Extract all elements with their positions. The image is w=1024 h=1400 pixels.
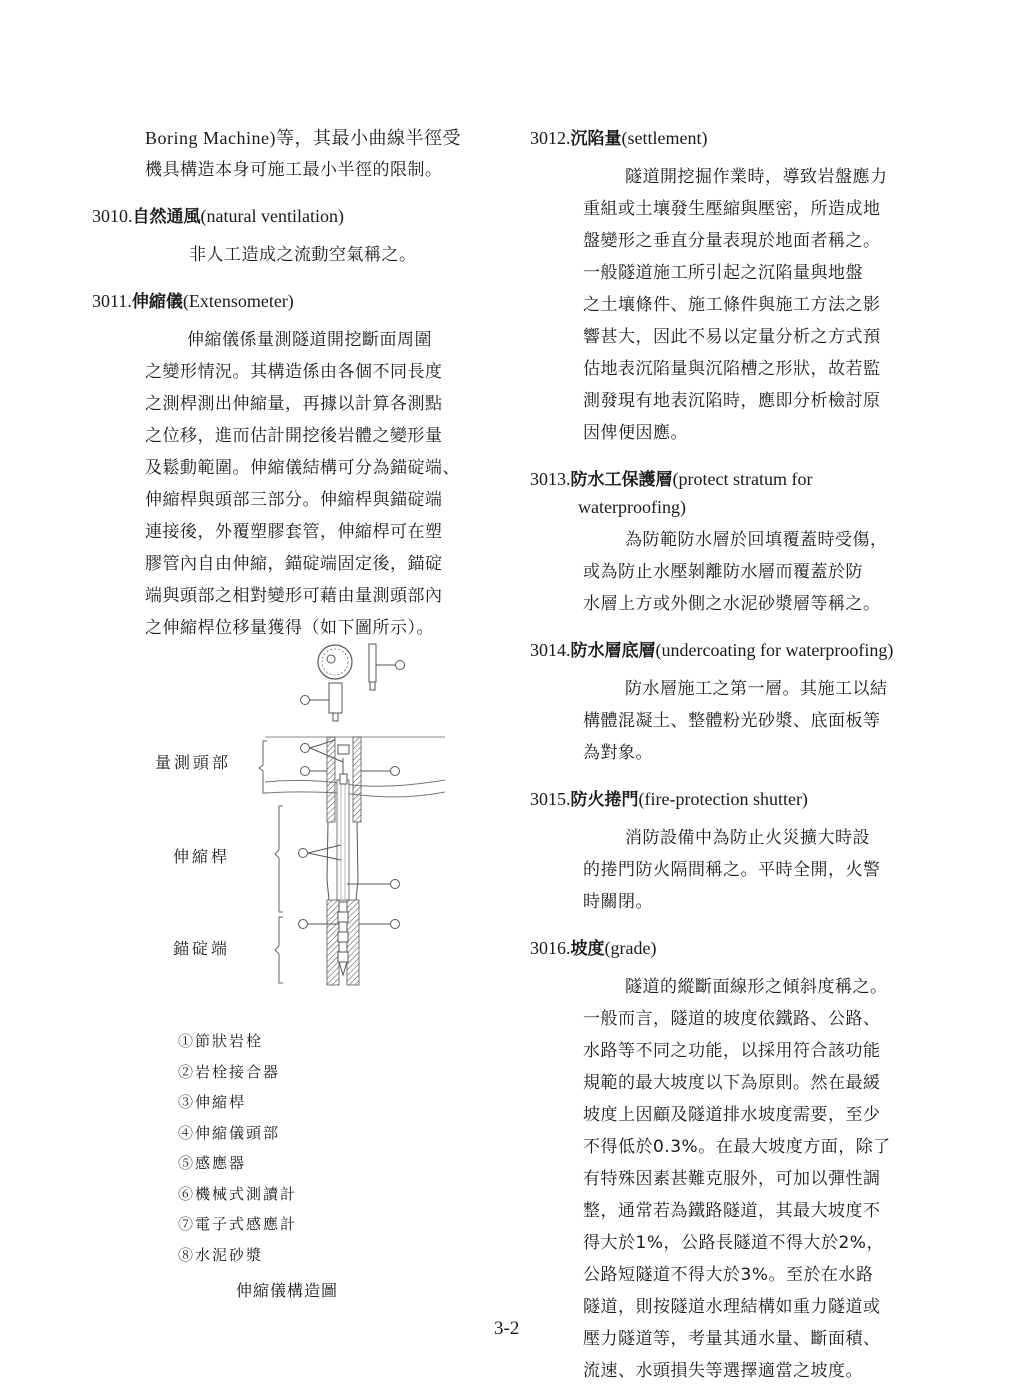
body-line: 隧道，則按隧道水理結構如重力隧道或 (583, 1291, 950, 1323)
body-line: 的捲門防火隔間稱之。平時全開，火警 (583, 854, 950, 886)
entry-body-3013: 為防範防水層於回填覆蓋時受傷， 或為防止水壓剝離防水層而覆蓋於防 水層上方或外側… (530, 524, 950, 620)
entry-body-3011: 伸縮儀係量測隧道開挖斷面周圍 之變形情況。其構造係由各個不同長度 之測桿測出伸縮… (92, 324, 512, 644)
entry-body-3014: 防水層施工之第一層。其施工以結 構體混凝土、整體粉光砂漿、底面板等 為對象。 (530, 673, 950, 769)
left-column: Boring Machine)等，其最小曲線半徑受 機具構造本身可施工最小半徑的… (92, 122, 512, 644)
entry-term-en: (fire-protection shutter) (639, 789, 808, 809)
page-number: 3-2 (494, 1318, 519, 1340)
entry-body-3016: 隧道的縱斷面線形之傾斜度稱之。 一般而言，隧道的坡度依鐵路、公路、 水路等不同之… (530, 971, 950, 1387)
body-line: 一般隧道施工所引起之沉陷量與地盤 (583, 257, 950, 289)
body-line: 連接後，外覆塑膠套管，伸縮桿可在塑 (145, 516, 512, 548)
body-line: 規範的最大坡度以下為原則。然在最緩 (583, 1067, 950, 1099)
body-line: 響甚大，因此不易以定量分析之方式預 (583, 321, 950, 353)
entry-term-zh: 防水工保護層 (571, 470, 673, 490)
body-line: 公路短隧道不得大於3%。至於在水路 (583, 1259, 950, 1291)
legend-item: ⑦電子式感應計 (178, 1209, 297, 1240)
label-extension-rod: 伸縮桿 (173, 844, 230, 867)
entry-term-zh: 坡度 (571, 939, 605, 959)
entry-term-zh: 防火捲門 (571, 790, 639, 810)
entry-term-en: (undercoating for waterproofing) (656, 640, 894, 660)
entry-heading-3016: 3016.坡度(grade) (530, 932, 950, 965)
right-column: 3012.沉陷量(settlement) 隧道開挖掘作業時，導致岩盤應力 重組或… (530, 122, 950, 1387)
figure-legend: ①節狀岩栓 ②岩栓接合器 ③伸縮桿 ④伸縮儀頭部 ⑤感應器 ⑥機械式測讀計 ⑦電… (178, 1026, 297, 1270)
entry-number: 3012. (530, 128, 571, 148)
legend-item: ④伸縮儀頭部 (178, 1118, 297, 1149)
entry-term-en-continued: waterproofing) (530, 496, 950, 518)
legend-item: ⑧水泥砂漿 (178, 1240, 297, 1271)
extensometer-drawing (145, 640, 445, 1020)
body-line: 構體混凝土、整體粉光砂漿、底面板等 (583, 705, 950, 737)
label-anchor-end: 錨碇端 (173, 936, 230, 959)
body-line: 得大於1%，公路長隧道不得大於2%， (583, 1227, 950, 1259)
entry-term-en: (Extensometer) (183, 291, 294, 311)
body-line: 膠管內自由伸縮，錨碇端固定後，錨碇 (145, 548, 512, 580)
legend-item: ②岩栓接合器 (178, 1057, 297, 1088)
body-line: 之位移，進而估計開挖後岩體之變形量 (145, 420, 512, 452)
body-line: 之測桿測出伸縮量，再據以計算各測點 (145, 388, 512, 420)
legend-item: ⑥機械式測讀計 (178, 1179, 297, 1210)
entry-number: 3013. (530, 469, 571, 489)
body-line: 及鬆動範圍。伸縮儀結構可分為錨碇端、 (145, 452, 512, 484)
entry-number: 3016. (530, 938, 571, 958)
body-line: 伸縮儀係量測隧道開挖斷面周圍 (145, 324, 512, 356)
body-line: 測發現有地表沉陷時，應即分析檢討原 (583, 385, 950, 417)
body-line: 端與頭部之相對變形可藉由量測頭部內 (145, 580, 512, 612)
entry-number: 3015. (530, 789, 571, 809)
extensometer-diagram: 量測頭部 伸縮桿 錨碇端 (145, 640, 445, 1020)
body-line: 壓力隧道等，考量其通水量、斷面積、 (583, 1323, 950, 1355)
body-line: 不得低於0.3%。在最大坡度方面，除了 (583, 1131, 950, 1163)
body-line: 隧道的縱斷面線形之傾斜度稱之。 (583, 971, 950, 1003)
entry-heading-3011: 3011.伸縮儀(Extensometer) (92, 285, 512, 318)
entry-heading-3013: 3013.防水工保護層(protect stratum for waterpro… (530, 463, 950, 518)
body-line: 之土壤條件、施工條件與施工方法之影 (583, 289, 950, 321)
entry-term-zh: 沉陷量 (571, 129, 622, 149)
entry-heading-3010: 3010.自然通風(natural ventilation) (92, 200, 512, 233)
entry-term-en: (grade) (605, 938, 657, 958)
label-measuring-head: 量測頭部 (155, 750, 231, 773)
entry-term-zh: 伸縮儀 (132, 292, 183, 312)
body-line: 盤變形之垂直分量表現於地面者稱之。 (583, 225, 950, 257)
figure-caption: 伸縮儀構造圖 (236, 1278, 338, 1301)
entry-heading-3015: 3015.防火捲門(fire-protection shutter) (530, 783, 950, 816)
entry-number: 3014. (530, 640, 571, 660)
body-line: 伸縮桿與頭部三部分。伸縮桿與錨碇端 (145, 484, 512, 516)
body-line: 因俾便因應。 (583, 417, 950, 449)
continuation-line: 機具構造本身可施工最小半徑的限制。 (92, 154, 512, 186)
body-line: 隧道開挖掘作業時，導致岩盤應力 (583, 161, 950, 193)
body-line: 消防設備中為防止火災擴大時設 (583, 822, 950, 854)
body-line: 整，通常若為鐵路隧道，其最大坡度不 (583, 1195, 950, 1227)
document-page: Boring Machine)等，其最小曲線半徑受 機具構造本身可施工最小半徑的… (0, 0, 1024, 1400)
legend-item: ①節狀岩栓 (178, 1026, 297, 1057)
entry-term-zh: 自然通風 (133, 207, 201, 227)
entry-body-3012: 隧道開挖掘作業時，導致岩盤應力 重組或土壤發生壓縮與壓密，所造成地 盤變形之垂直… (530, 161, 950, 449)
body-line: 為防範防水層於回填覆蓋時受傷， (583, 524, 950, 556)
entry-body-3010: 非人工造成之流動空氣稱之。 (92, 239, 512, 271)
body-line: 重組或土壤發生壓縮與壓密，所造成地 (583, 193, 950, 225)
entry-heading-3012: 3012.沉陷量(settlement) (530, 122, 950, 155)
body-line: 為對象。 (583, 737, 950, 769)
body-line: 坡度上因顧及隧道排水坡度需要，至少 (583, 1099, 950, 1131)
entry-number: 3010. (92, 206, 133, 226)
body-line: 之變形情況。其構造係由各個不同長度 (145, 356, 512, 388)
body-line: 估地表沉陷量與沉陷槽之形狀，故若監 (583, 353, 950, 385)
entry-term-en: (natural ventilation) (201, 206, 344, 226)
legend-item: ⑤感應器 (178, 1148, 297, 1179)
legend-item: ③伸縮桿 (178, 1087, 297, 1118)
body-line: 流速、水頭損失等選擇適當之坡度。 (583, 1355, 950, 1387)
entry-number: 3011. (92, 291, 132, 311)
body-line: 或為防止水壓剝離防水層而覆蓋於防 (583, 556, 950, 588)
body-line: 有特殊因素甚難克服外，可加以彈性調 (583, 1163, 950, 1195)
body-line: 水路等不同之功能，以採用符合該功能 (583, 1035, 950, 1067)
entry-heading-3014: 3014.防水層底層(undercoating for waterproofin… (530, 634, 950, 667)
entry-body-3015: 消防設備中為防止火災擴大時設 的捲門防火隔間稱之。平時全開，火警 時關閉。 (530, 822, 950, 918)
entry-term-en: (protect stratum for (673, 469, 813, 489)
body-line: 防水層施工之第一層。其施工以結 (583, 673, 950, 705)
body-line: 一般而言，隧道的坡度依鐵路、公路、 (583, 1003, 950, 1035)
body-line: 時關閉。 (583, 886, 950, 918)
entry-term-zh: 防水層底層 (571, 641, 656, 661)
body-line: 非人工造成之流動空氣稱之。 (92, 239, 512, 271)
continuation-line: Boring Machine)等，其最小曲線半徑受 (92, 122, 512, 154)
body-line: 水層上方或外側之水泥砂漿層等稱之。 (583, 588, 950, 620)
entry-term-en: (settlement) (622, 128, 708, 148)
